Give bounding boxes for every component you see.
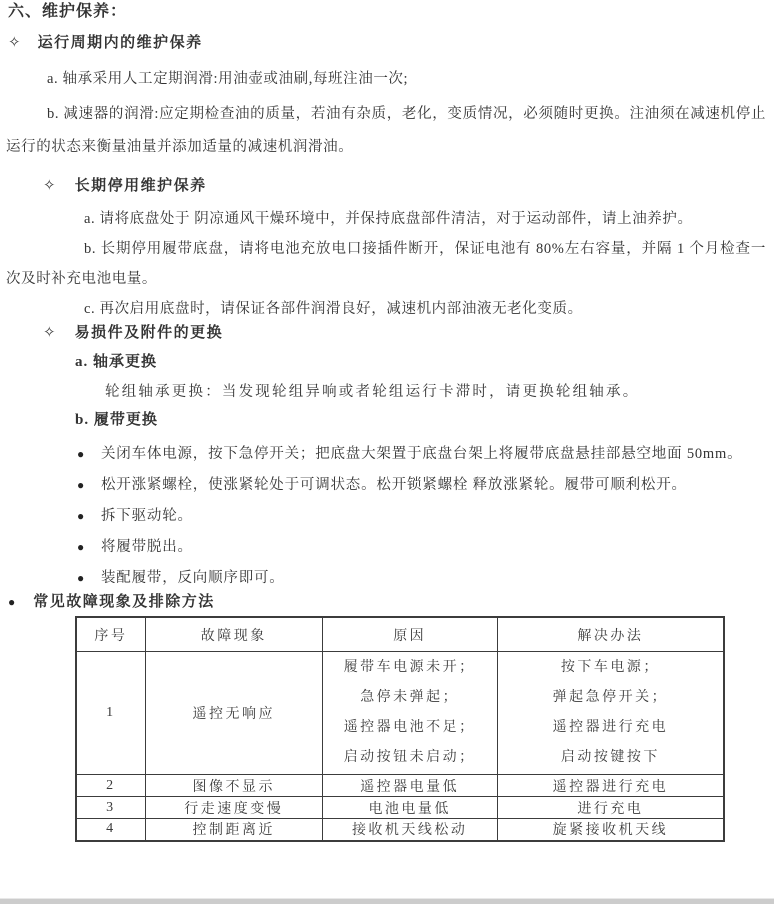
fault-table: 序号 故障现象 原因 解决办法 1 遥控无响应 履带车电源未开； 急停未弹起； … <box>75 616 725 842</box>
table-row: 1 遥控无响应 履带车电源未开； 急停未弹起； 遥控器电池不足； 启动按钮未启动… <box>76 652 724 775</box>
subsection-heading-track-replace: b. 履带更换 <box>75 411 766 430</box>
document-page: 六、维护保养： ✧ 运行周期内的维护保养 a. 轴承采用人工定期润滑:用油壶或油… <box>0 2 774 842</box>
cell-no: 2 <box>76 775 145 797</box>
paragraph-storage-restart: c. 再次启用底盘时，请保证各部件润滑良好，减速机内部油液无老化变质。 <box>6 294 766 324</box>
paragraph-storage-battery: b. 长期停用履带底盘，请将电池充放电口接插件断开，保证电池有 80%左右容量，… <box>6 234 766 294</box>
cell-symptom: 遥控无响应 <box>145 652 322 775</box>
list-item: ● 关闭车体电源，按下急停开关；把底盘大架置于底盘台架上将履带底盘悬挂部悬空地面… <box>6 439 766 470</box>
paragraph-storage-environment: a. 请将底盘处于 阴凉通风干燥环境中，并保持底盘部件清洁，对于运动部件，请上油… <box>6 204 766 234</box>
solution-line: 按下车电源； <box>498 653 723 683</box>
table-header-no: 序号 <box>76 617 145 652</box>
section-heading-storage: ✧ 长期停用维护保养 <box>43 177 766 196</box>
cell-solution: 遥控器进行充电 <box>497 775 724 797</box>
step-text: 关闭车体电源，按下急停开关；把底盘大架置于底盘台架上将履带底盘悬挂部悬空地面 5… <box>101 446 742 462</box>
circle-bullet-icon: ● <box>77 501 85 532</box>
cause-line: 启动按钮未启动； <box>323 743 497 773</box>
cell-no: 3 <box>76 797 145 819</box>
cell-solutions: 按下车电源； 弹起急停开关； 遥控器进行充电 启动按键按下 <box>497 652 724 775</box>
paragraph-wheel-bearing-replace: 轮组轴承更换：当发现轮组异响或者轮组运行卡滞时，请更换轮组轴承。 <box>105 380 766 404</box>
cell-symptom: 控制距离近 <box>145 819 322 841</box>
table-header-symptom: 故障现象 <box>145 617 322 652</box>
solution-line: 弹起急停开关； <box>498 683 723 713</box>
diamond-bullet-icon: ✧ <box>43 177 56 196</box>
cell-symptom: 行走速度变慢 <box>145 797 322 819</box>
cell-no: 1 <box>76 652 145 775</box>
circle-bullet-icon: ● <box>77 563 85 594</box>
solution-line: 遥控器进行充电 <box>498 713 723 743</box>
page-title: 六、维护保养： <box>8 2 766 22</box>
section-heading-parts-label: 易损件及附件的更换 <box>75 324 224 343</box>
section-heading-storage-label: 长期停用维护保养 <box>75 177 207 196</box>
cell-solution: 进行充电 <box>497 797 724 819</box>
cell-cause: 电池电量低 <box>322 797 497 819</box>
list-item: ● 拆下驱动轮。 <box>6 501 766 532</box>
step-text: 将履带脱出。 <box>101 539 193 555</box>
section-heading-cycle-label: 运行周期内的维护保养 <box>38 34 203 53</box>
table-row: 3 行走速度变慢 电池电量低 进行充电 <box>76 797 724 819</box>
table-row: 4 控制距离近 接收机天线松动 旋紧接收机天线 <box>76 819 724 841</box>
list-item: ● 装配履带，反向顺序即可。 <box>6 563 766 594</box>
section-heading-faults: ● 常见故障现象及排除方法 <box>6 592 766 612</box>
cause-line: 急停未弹起； <box>323 683 497 713</box>
step-text: 拆下驱动轮。 <box>101 508 193 524</box>
circle-bullet-icon: ● <box>8 592 15 612</box>
paragraph-reducer-lubrication: b. 减速器的润滑:应定期检查油的质量，若油有杂质，老化，变质情况，必须随时更换… <box>6 98 766 164</box>
cause-line: 履带车电源未开； <box>323 653 497 683</box>
table-header-solution: 解决办法 <box>497 617 724 652</box>
list-item: ● 松开涨紧螺栓，使涨紧轮处于可调状态。松开锁紧螺栓 释放涨紧轮。履带可顺利松开… <box>6 470 766 501</box>
diamond-bullet-icon: ✧ <box>8 34 21 53</box>
section-heading-parts: ✧ 易损件及附件的更换 <box>43 324 766 343</box>
list-item: ● 将履带脱出。 <box>6 532 766 563</box>
circle-bullet-icon: ● <box>77 439 85 470</box>
cell-no: 4 <box>76 819 145 841</box>
solution-line: 启动按键按下 <box>498 743 723 773</box>
section-heading-cycle: ✧ 运行周期内的维护保养 <box>8 34 766 53</box>
table-row: 2 图像不显示 遥控器电量低 遥控器进行充电 <box>76 775 724 797</box>
circle-bullet-icon: ● <box>77 470 85 501</box>
paragraph-bearing-lubrication: a. 轴承采用人工定期润滑:用油壶或油刷,每班注油一次; <box>6 67 766 91</box>
step-text: 松开涨紧螺栓，使涨紧轮处于可调状态。松开锁紧螺栓 释放涨紧轮。履带可顺利松开。 <box>101 477 687 493</box>
cell-solution: 旋紧接收机天线 <box>497 819 724 841</box>
step-text: 装配履带，反向顺序即可。 <box>101 570 285 586</box>
table-header-cause: 原因 <box>322 617 497 652</box>
section-heading-faults-label: 常见故障现象及排除方法 <box>33 592 215 612</box>
subsection-heading-bearing-replace: a. 轴承更换 <box>75 353 766 372</box>
cell-cause: 遥控器电量低 <box>322 775 497 797</box>
cell-cause: 接收机天线松动 <box>322 819 497 841</box>
page-bottom-edge <box>0 898 774 904</box>
cause-line: 遥控器电池不足； <box>323 713 497 743</box>
diamond-bullet-icon: ✧ <box>43 324 56 343</box>
cell-symptom: 图像不显示 <box>145 775 322 797</box>
table-header-row: 序号 故障现象 原因 解决办法 <box>76 617 724 652</box>
circle-bullet-icon: ● <box>77 532 85 563</box>
track-replace-step-list: ● 关闭车体电源，按下急停开关；把底盘大架置于底盘台架上将履带底盘悬挂部悬空地面… <box>6 439 766 594</box>
cell-causes: 履带车电源未开； 急停未弹起； 遥控器电池不足； 启动按钮未启动； <box>322 652 497 775</box>
